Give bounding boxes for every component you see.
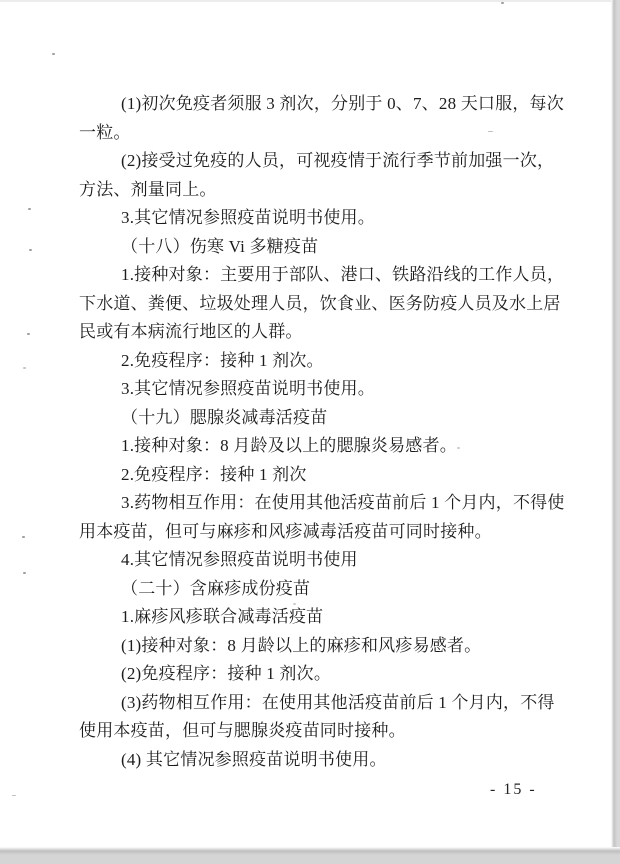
scan-speck [27, 333, 30, 335]
text-line: 1.麻疹风疹联合减毒活疫苗 [79, 603, 565, 632]
scan-speck [52, 53, 55, 55]
scanned-document-page: (1)初次免疫者须服 3 剂次，分别于 0、7、28 天口服，每次 一粒。 (2… [0, 0, 620, 864]
document-text-block: (1)初次免疫者须服 3 剂次，分别于 0、7、28 天口服，每次 一粒。 (2… [79, 90, 565, 774]
text-line: (2)免疫程序：接种 1 剂次。 [79, 660, 565, 689]
scan-speck [22, 536, 25, 538]
text-line: (1)接种对象：8 月龄以上的麻疹和风疹易感者。 [79, 632, 565, 661]
text-line: 1.接种对象：主要用于部队、港口、铁路沿线的工作人员， [79, 261, 565, 290]
text-line: 用本疫苗，但可与麻疹和风疹减毒活疫苗可同时接种。 [79, 518, 565, 547]
text-line: 民或有本病流行地区的人群。 [79, 318, 565, 347]
text-line: 2.免疫程序：接种 1 剂次 [79, 461, 565, 490]
text-line: (4) 其它情况参照疫苗说明书使用。 [79, 746, 565, 775]
text-line: 一粒。 [79, 119, 565, 148]
section-heading: （二十）含麻疹成份疫苗 [79, 575, 565, 604]
text-line: 1.接种对象：8 月龄及以上的腮腺炎易感者。 [79, 432, 565, 461]
text-line: (2)接受过免疫的人员，可视疫情于流行季节前加强一次， [79, 147, 565, 176]
scan-speck [501, 2, 504, 4]
page-bottom-edge [0, 847, 620, 864]
scan-speck [488, 131, 493, 132]
text-line: 方法、剂量同上。 [79, 176, 565, 205]
page-number: - 15 - [490, 781, 537, 799]
scan-speck [28, 208, 31, 210]
section-heading: （十九）腮腺炎减毒活疫苗 [79, 404, 565, 433]
text-line: 3.其它情况参照疫苗说明书使用。 [79, 375, 565, 404]
text-line: 3.药物相互作用：在使用其他活疫苗前后 1 个月内，不得使 [79, 489, 565, 518]
section-heading: （十八）伤寒 Vi 多糖疫苗 [79, 233, 565, 262]
text-line: 3.其它情况参照疫苗说明书使用。 [79, 204, 565, 233]
text-line: 4.其它情况参照疫苗说明书使用 [79, 546, 565, 575]
text-line: 下水道、粪便、垃圾处理人员，饮食业、医务防疫人员及水上居 [79, 290, 565, 319]
scan-speck [23, 367, 26, 369]
text-line: 使用本疫苗，但可与腮腺炎疫苗同时接种。 [79, 717, 565, 746]
text-line: (1)初次免疫者须服 3 剂次，分别于 0、7、28 天口服，每次 [79, 90, 565, 119]
scan-speck [457, 447, 460, 449]
scan-speck [293, 603, 296, 605]
scan-speck [29, 249, 32, 251]
page-right-edge [611, 0, 620, 864]
page-top-edge [0, 0, 620, 2]
scan-speck [23, 572, 26, 574]
text-line: (3)药物相互作用：在使用其他活疫苗前后 1 个月内，不得 [79, 689, 565, 718]
text-line: 2.免疫程序：接种 1 剂次。 [79, 347, 565, 376]
scan-speck [12, 795, 16, 796]
